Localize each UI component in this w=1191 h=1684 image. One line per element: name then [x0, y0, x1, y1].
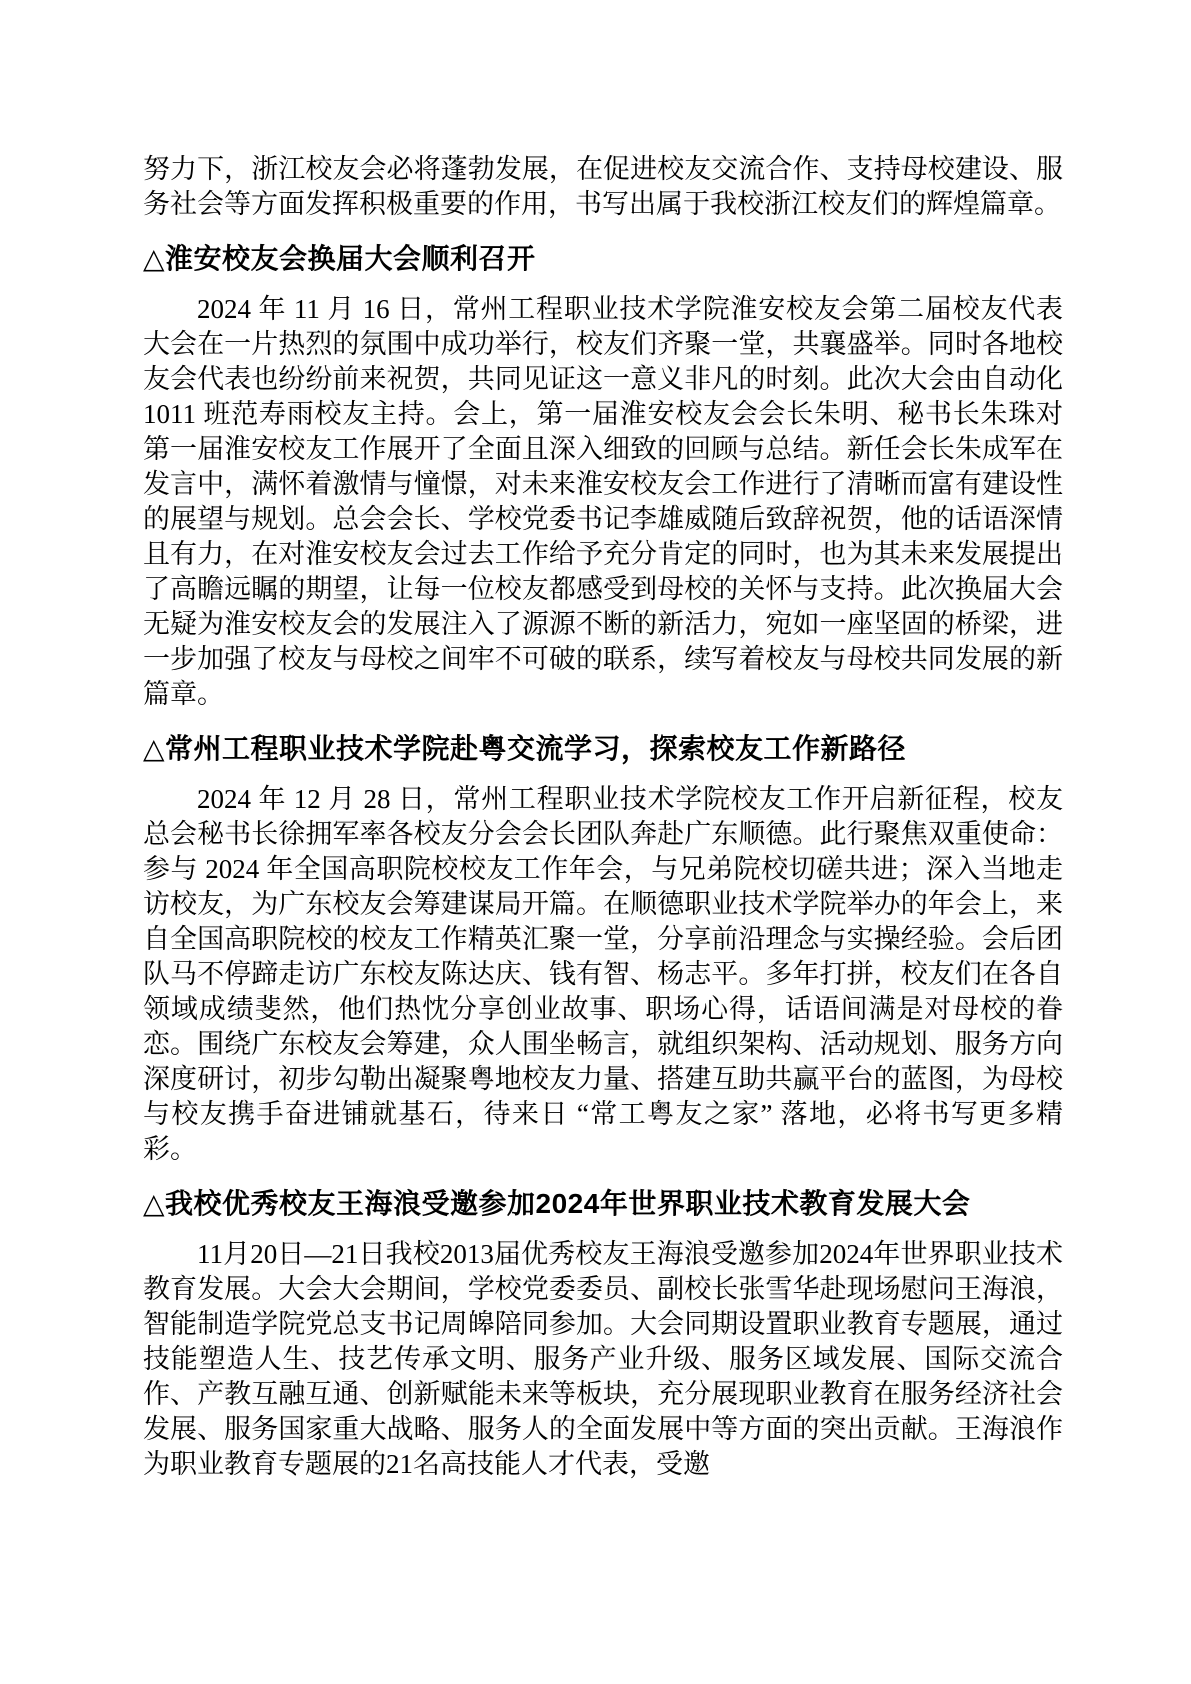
heading-guangdong-exchange-visit: △常州工程职业技术学院赴粤交流学习，探索校友工作新路径	[143, 734, 1063, 764]
heading-huaian-alumni-congress: △淮安校友会换届大会顺利召开	[143, 244, 1063, 274]
document-page: 努力下，浙江校友会必将蓬勃发展，在促进校友交流合作、支持母校建设、服务社会等方面…	[0, 0, 1191, 1684]
paragraph-zhejiang-alumni-continued: 努力下，浙江校友会必将蓬勃发展，在促进校友交流合作、支持母校建设、服务社会等方面…	[143, 152, 1063, 222]
heading-wang-hailang-conference: △我校优秀校友王海浪受邀参加2024年世界职业技术教育发展大会	[143, 1189, 1063, 1219]
paragraph-guangdong-exchange-visit: 2024 年 12 月 28 日，常州工程职业技术学院校友工作开启新征程，校友总…	[143, 782, 1063, 1167]
paragraph-wang-hailang-conference: 11月20日—21日我校2013届优秀校友王海浪受邀参加2024年世界职业技术教…	[143, 1237, 1063, 1482]
paragraph-huaian-alumni-congress: 2024 年 11 月 16 日，常州工程职业技术学院淮安校友会第二届校友代表大…	[143, 292, 1063, 712]
